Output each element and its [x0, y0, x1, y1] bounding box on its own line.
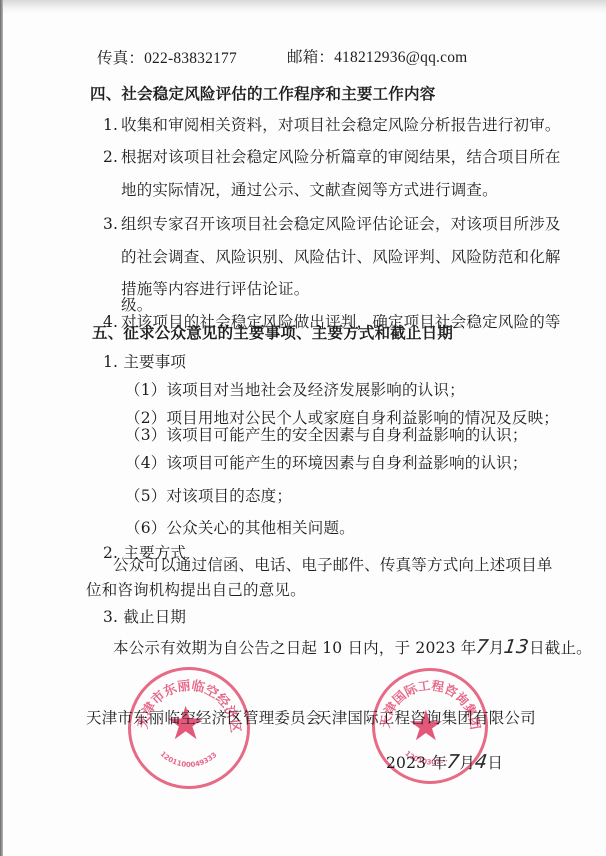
s5-item-1: （1）该项目对当地社会及经济发展影响的认识；: [125, 380, 465, 400]
s4-item1-num: 1.: [103, 115, 118, 135]
signatory-org-1: 天津市东丽临空经济区管理委员会: [86, 708, 322, 728]
s4-item1-line1: 收集和审阅相关资料，对项目社会稳定风险分析报告进行初审。: [121, 115, 561, 135]
s5-sub2-line2: 位和咨询机构提出自己的意见。: [86, 580, 306, 600]
email-label: 邮箱：: [287, 48, 334, 66]
fax-line: 传真：022-83832177: [97, 48, 237, 69]
s5-sub2-line1: 公众可以通过信函、电话、电子邮件、传真等方式向上述项目单: [113, 555, 553, 575]
s5-sub1-title: 1. 主要事项: [103, 352, 186, 372]
s5-item-6: （6）公众关心的其他相关问题。: [125, 518, 355, 538]
official-seal-dongli: 天津市东丽临空经济区管理委员会 1201100049333 ★: [128, 667, 250, 789]
svg-text:1201100049333: 1201100049333: [158, 750, 218, 769]
fax-label: 传真：: [97, 49, 144, 67]
section4-heading: 四、社会稳定风险评估的工作程序和主要工作内容: [90, 84, 435, 104]
month-char: 月: [459, 754, 475, 772]
s4-item3-num: 3.: [103, 214, 118, 234]
fax-value: 022-83832177: [144, 50, 237, 67]
date-prefix: 2023 年: [386, 754, 447, 772]
s4-item3-line2: 的社会调查、风险识别、风险估计、风险评判、风险防范和化解: [121, 247, 561, 267]
seal-ring-text: 天津市东丽临空经济区管理委员会 1201100049333: [131, 670, 247, 786]
email-value: 418212936@qq.com: [334, 49, 467, 66]
s4-item2-line1: 根据对该项目社会稳定风险分析篇章的审阅结果，结合项目所在: [121, 147, 561, 167]
s5-deadline-text: 本公示有效期为自公告之日起 10 日内，于 2023 年7月13日截止。: [113, 637, 592, 658]
day-char: 日: [487, 754, 503, 772]
handwritten-day: 13: [503, 637, 530, 657]
signature-date: 2023 年7月4日: [386, 752, 503, 773]
scan-shadow-top: [0, 0, 606, 14]
deadline-prefix: 本公示有效期为自公告之日起 10 日内，于 2023 年: [113, 639, 476, 657]
s5-item-4: （4）该项目可能产生的环境因素与自身利益影响的认识；: [125, 453, 528, 473]
s5-item-3: （3）该项目可能产生的安全因素与自身利益影响的认识；: [125, 425, 528, 445]
s5-item-5: （5）对该项目的态度；: [125, 486, 292, 506]
s4-item4-line2: 级。: [121, 295, 152, 315]
s4-item2-num: 2.: [103, 147, 118, 167]
deadline-suffix: 日截止。: [529, 639, 592, 657]
signatory-org-2: 天津国际工程咨询集团有限公司: [316, 708, 536, 728]
s4-item2-line2: 地的实际情况，通过公示、文献查阅等方式进行调查。: [121, 180, 498, 200]
s4-item3-line1: 组织专家召开该项目社会稳定风险评估论证会，对该项目所涉及: [121, 214, 561, 234]
scan-edge-left: [0, 0, 3, 856]
section5-heading: 五、征求公众意见的主要事项、主要方式和截止日期: [92, 323, 453, 343]
email-line: 邮箱：418212936@qq.com: [287, 47, 467, 68]
s5-sub3-title: 3. 截止日期: [103, 607, 186, 627]
